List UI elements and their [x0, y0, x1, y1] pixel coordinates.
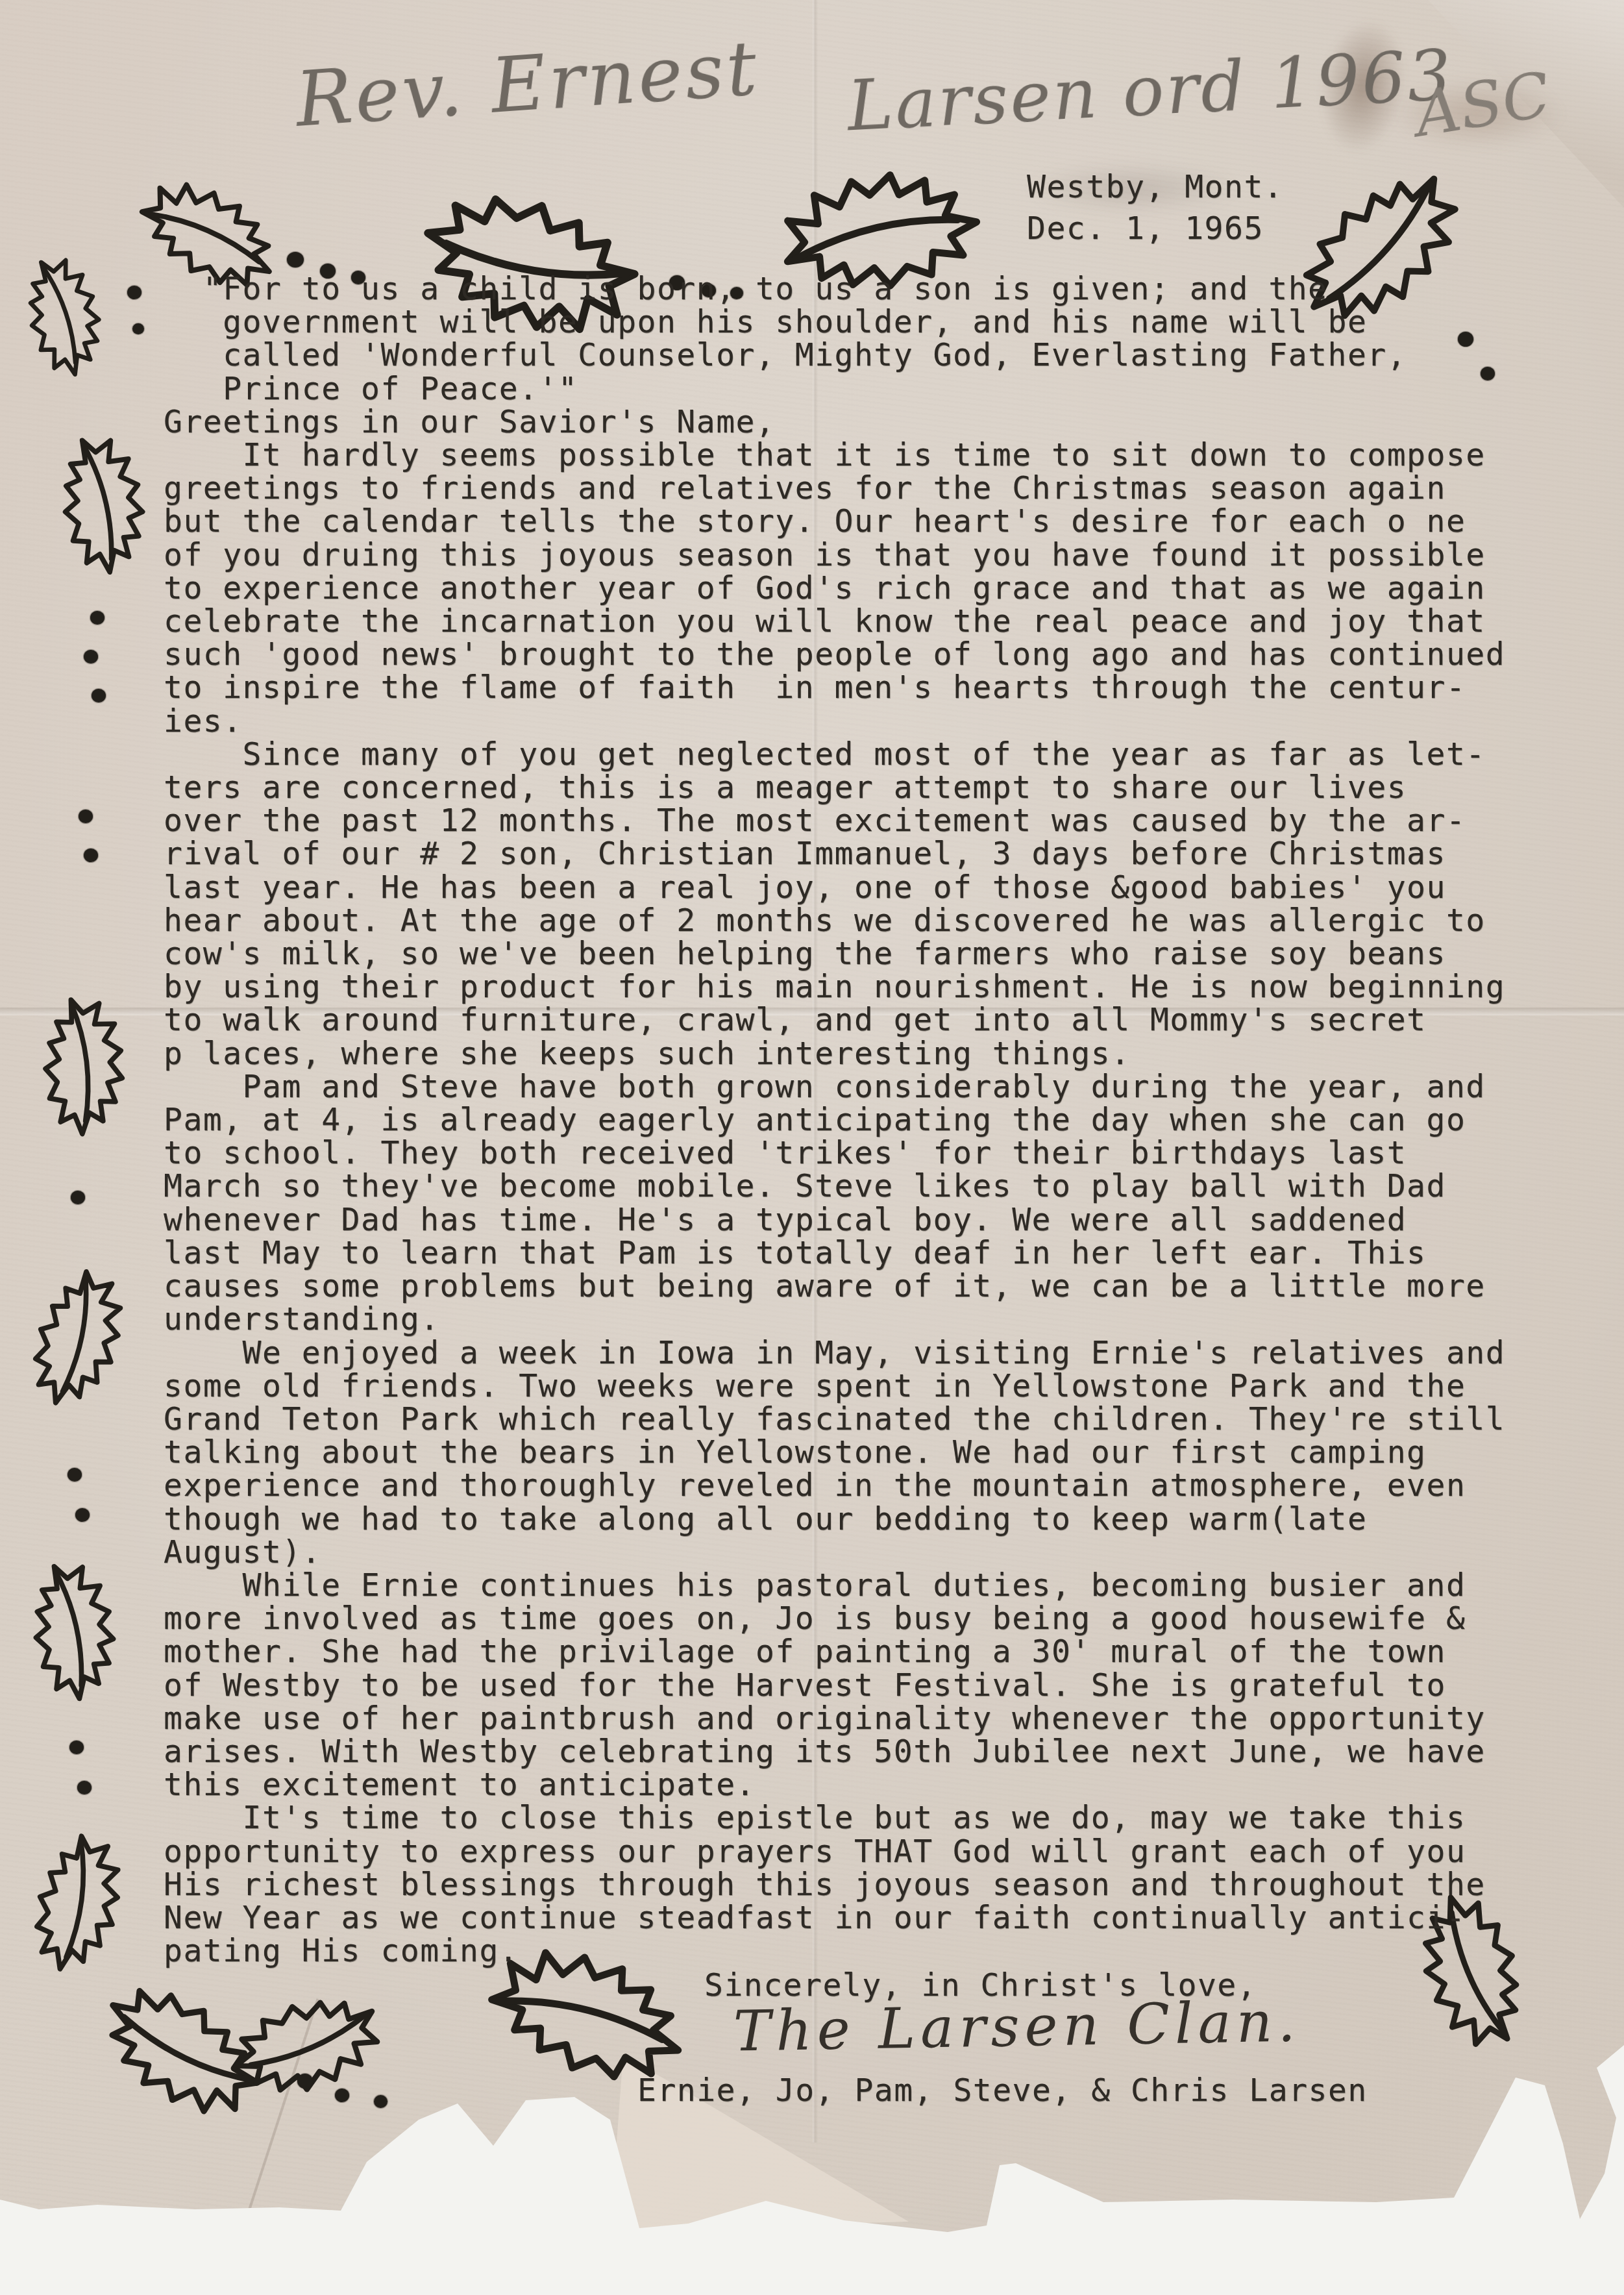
- holly-berry-icon: [335, 2089, 349, 2102]
- holly-leaf-icon: [14, 1550, 136, 1717]
- holly-berry-icon: [69, 1741, 84, 1754]
- handwritten-signature: The Larsen Clan.: [733, 1989, 1301, 2064]
- dateline-city: Westby, Mont.: [1027, 166, 1283, 208]
- holly-berry-icon: [71, 1191, 85, 1204]
- dateline-date: Dec. 1, 1965: [1027, 208, 1283, 249]
- letter-body: "For to us a child is born, to us a son …: [164, 273, 1505, 1968]
- handwritten-annotation-name: Rev. Ernest: [293, 24, 762, 144]
- holly-berry-icon: [297, 2074, 313, 2089]
- holly-berry-icon: [79, 810, 93, 823]
- letter-paper: Rev. Ernest Larsen ord 1963 ASC: [0, 0, 1624, 2295]
- dateline: Westby, Mont. Dec. 1, 1965: [1027, 166, 1283, 249]
- holly-leaf-icon: [22, 1260, 134, 1422]
- holly-berry-icon: [77, 1781, 92, 1794]
- holly-berry-icon: [374, 2095, 388, 2108]
- typed-signature-names: Ernie, Jo, Pam, Steve, & Chris Larsen: [637, 2072, 1368, 2109]
- holly-berry-icon: [287, 252, 304, 267]
- holly-leaf-icon: [6, 244, 123, 393]
- holly-berry-icon: [84, 849, 98, 862]
- holly-berry-icon: [90, 611, 105, 625]
- holly-berry-icon: [84, 650, 98, 664]
- holly-berry-icon: [127, 286, 141, 299]
- holly-leaf-icon: [42, 423, 166, 590]
- holly-berry-icon: [92, 689, 106, 702]
- holly-berry-icon: [68, 1468, 82, 1482]
- holly-berry-icon: [75, 1508, 90, 1522]
- scanned-letter-page: Rev. Ernest Larsen ord 1963 ASC: [0, 0, 1624, 2295]
- holly-leaf-icon: [27, 1827, 129, 1985]
- holly-berry-icon: [132, 323, 144, 334]
